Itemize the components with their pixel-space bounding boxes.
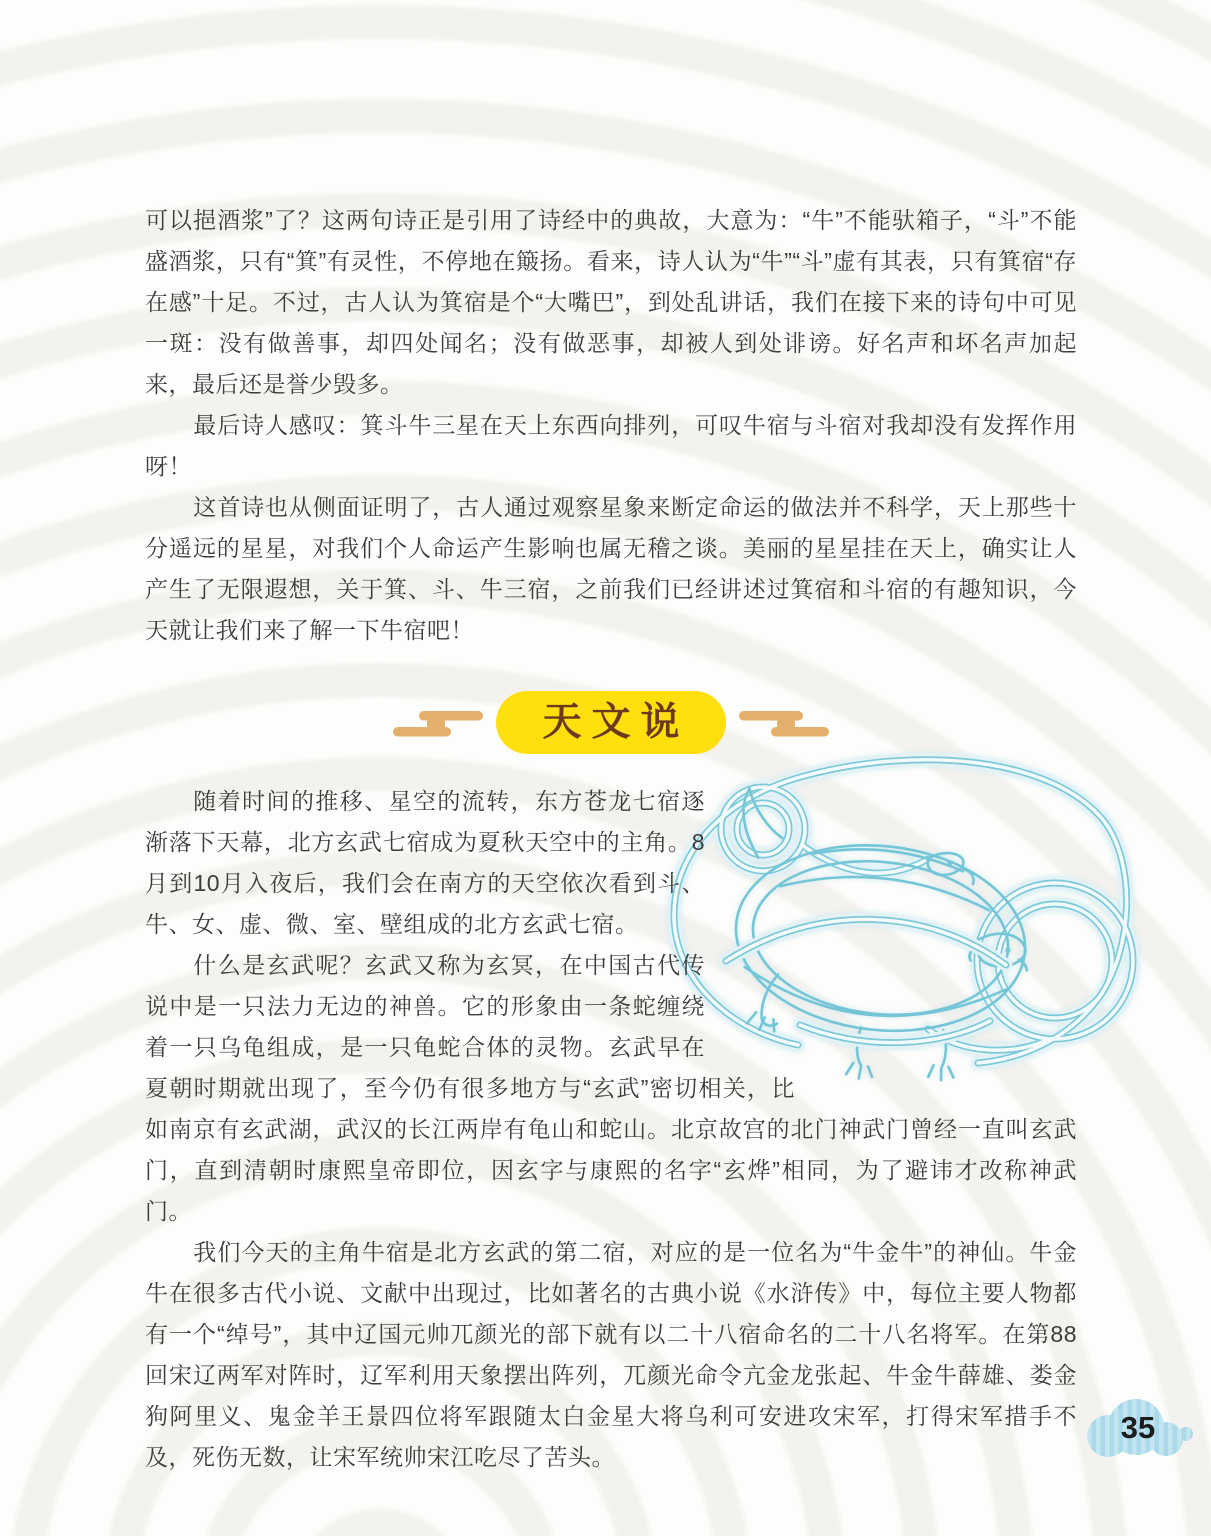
illustration-text-wrap-spacer <box>705 781 1077 1068</box>
article: 可以挹酒浆”了？这两句诗正是引用了诗经中的典故，大意为：“牛”不能驮箱子，“斗”… <box>0 0 1211 1478</box>
body-paragraph-1: 可以挹酒浆”了？这两句诗正是引用了诗经中的典故，大意为：“牛”不能驮箱子，“斗”… <box>145 200 1077 405</box>
book-page: 可以挹酒浆”了？这两句诗正是引用了诗经中的典故，大意为：“牛”不能驮箱子，“斗”… <box>0 0 1211 1536</box>
section-badge-label: 天文说 <box>532 703 689 742</box>
illustration-text-wrap-spacer <box>795 1068 1077 1109</box>
body-paragraph-2: 最后诗人感叹：箕斗牛三星在天上东西向排列，可叹牛宿与斗宿对我却没有发挥作用呀！ <box>145 405 1077 487</box>
cloud-decoration-left-icon <box>389 703 494 745</box>
body-paragraph-3: 这首诗也从侧面证明了，古人通过观察星象来断定命运的做法并不科学，天上那些十分遥远… <box>145 487 1077 651</box>
page-number-badge: 35 <box>1078 1392 1198 1470</box>
section-badge-pill: 天文说 <box>496 691 726 754</box>
page-number: 35 <box>1110 1410 1166 1446</box>
cloud-decoration-right-icon <box>728 703 833 745</box>
body-paragraph-6: 我们今天的主角牛宿是北方玄武的第二宿，对应的是一位名为“牛金牛”的神仙。牛金牛在… <box>145 1232 1077 1478</box>
section-badge: 天文说 <box>431 691 791 754</box>
